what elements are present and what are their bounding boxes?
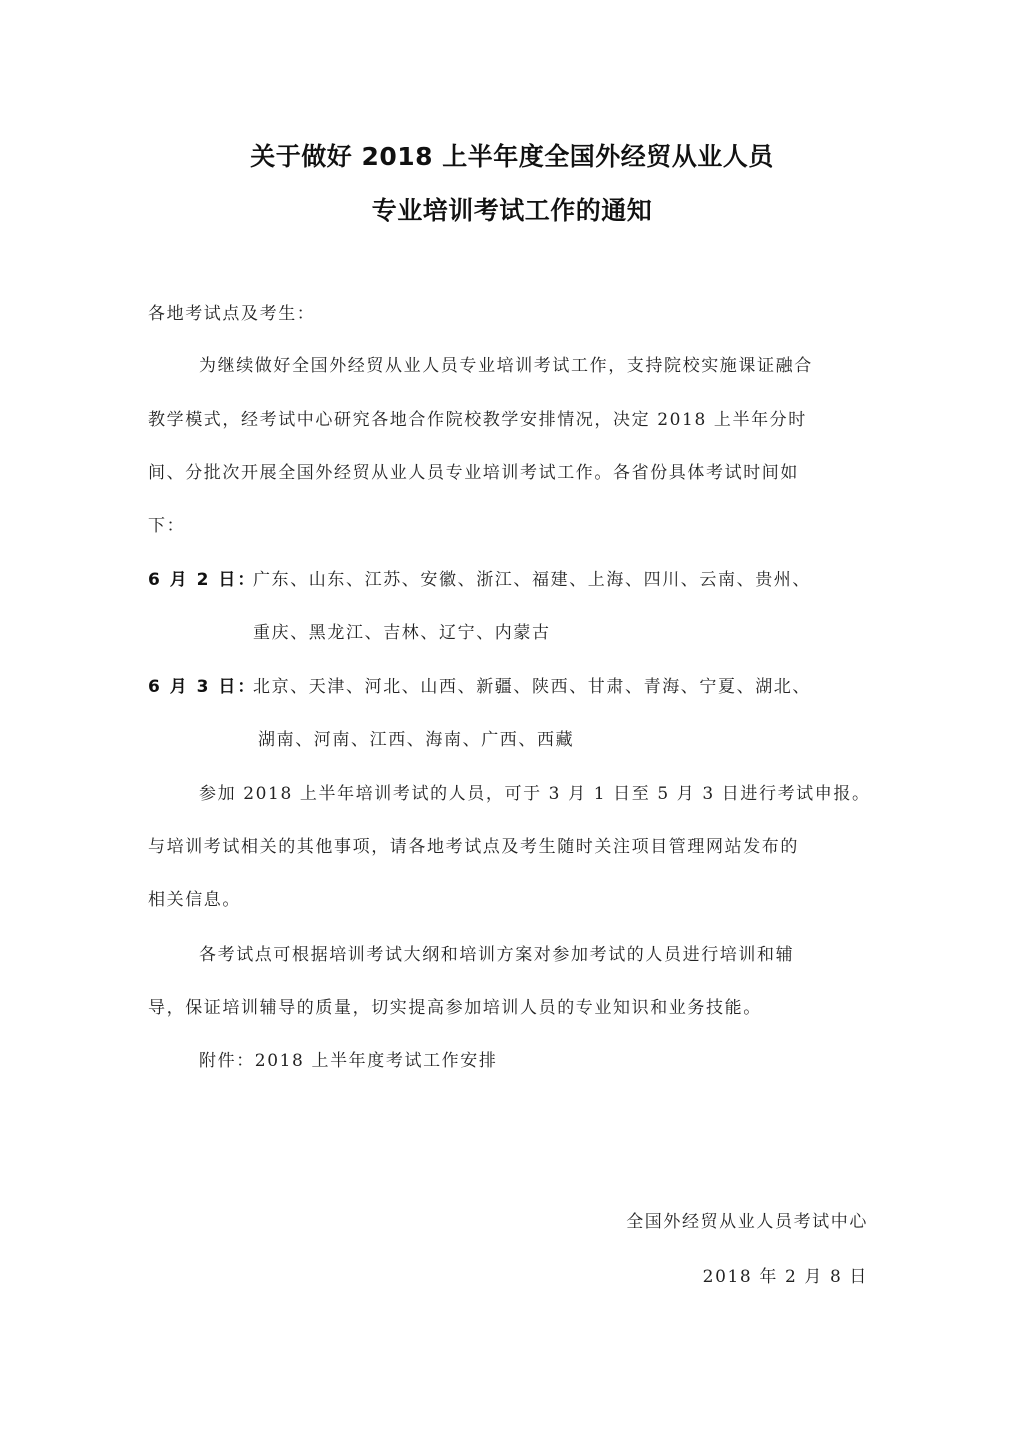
schedule-provinces-june-3-line-1: 北京、天津、河北、山西、新疆、陕西、甘肃、青海、宁夏、湖北、 <box>253 675 811 699</box>
para1-line-1: 为继续做好全国外经贸从业人员专业培训考试工作，支持院校实施课证融合 <box>199 354 813 378</box>
schedule-provinces-june-2-line-2: 重庆、黑龙江、吉林、辽宁、内蒙古 <box>253 621 551 645</box>
document-title-line-1: 关于做好 2018 上半年度全国外经贸从业人员 <box>0 137 1024 173</box>
schedule-date-june-3: 6 月 3 日： <box>148 675 256 699</box>
para3-line-2: 导，保证培训辅导的质量，切实提高参加培训人员的专业知识和业务技能。 <box>148 996 762 1020</box>
para2-line-1: 参加 2018 上半年培训考试的人员，可于 3 月 1 日至 5 月 3 日进行… <box>199 782 871 806</box>
para3-line-1: 各考试点可根据培训考试大纲和培训方案对参加考试的人员进行培训和辅 <box>199 943 794 967</box>
schedule-provinces-june-2-line-1: 广东、山东、江苏、安徽、浙江、福建、上海、四川、云南、贵州、 <box>253 568 811 592</box>
para1-line-3: 间、分批次开展全国外经贸从业人员专业培训考试工作。各省份具体考试时间如 <box>148 461 799 485</box>
para1-line-4: 下： <box>148 514 185 538</box>
salutation: 各地考试点及考生： <box>148 302 315 326</box>
attachment-line: 附件：2018 上半年度考试工作安排 <box>199 1049 497 1073</box>
signature-date: 2018 年 2 月 8 日 <box>703 1265 868 1289</box>
para1-line-2: 教学模式，经考试中心研究各地合作院校教学安排情况，决定 2018 上半年分时 <box>148 408 807 432</box>
schedule-provinces-june-3-line-2: 湖南、河南、江西、海南、广西、西藏 <box>258 728 574 752</box>
para2-line-3: 相关信息。 <box>148 888 241 912</box>
document-page: 关于做好 2018 上半年度全国外经贸从业人员 专业培训考试工作的通知 各地考试… <box>0 0 1024 1447</box>
document-title-line-2: 专业培训考试工作的通知 <box>0 191 1024 227</box>
para2-line-2: 与培训考试相关的其他事项，请各地考试点及考生随时关注项目管理网站发布的 <box>148 835 799 859</box>
schedule-date-june-2: 6 月 2 日： <box>148 568 256 592</box>
signature: 全国外经贸从业人员考试中心 <box>626 1210 868 1234</box>
